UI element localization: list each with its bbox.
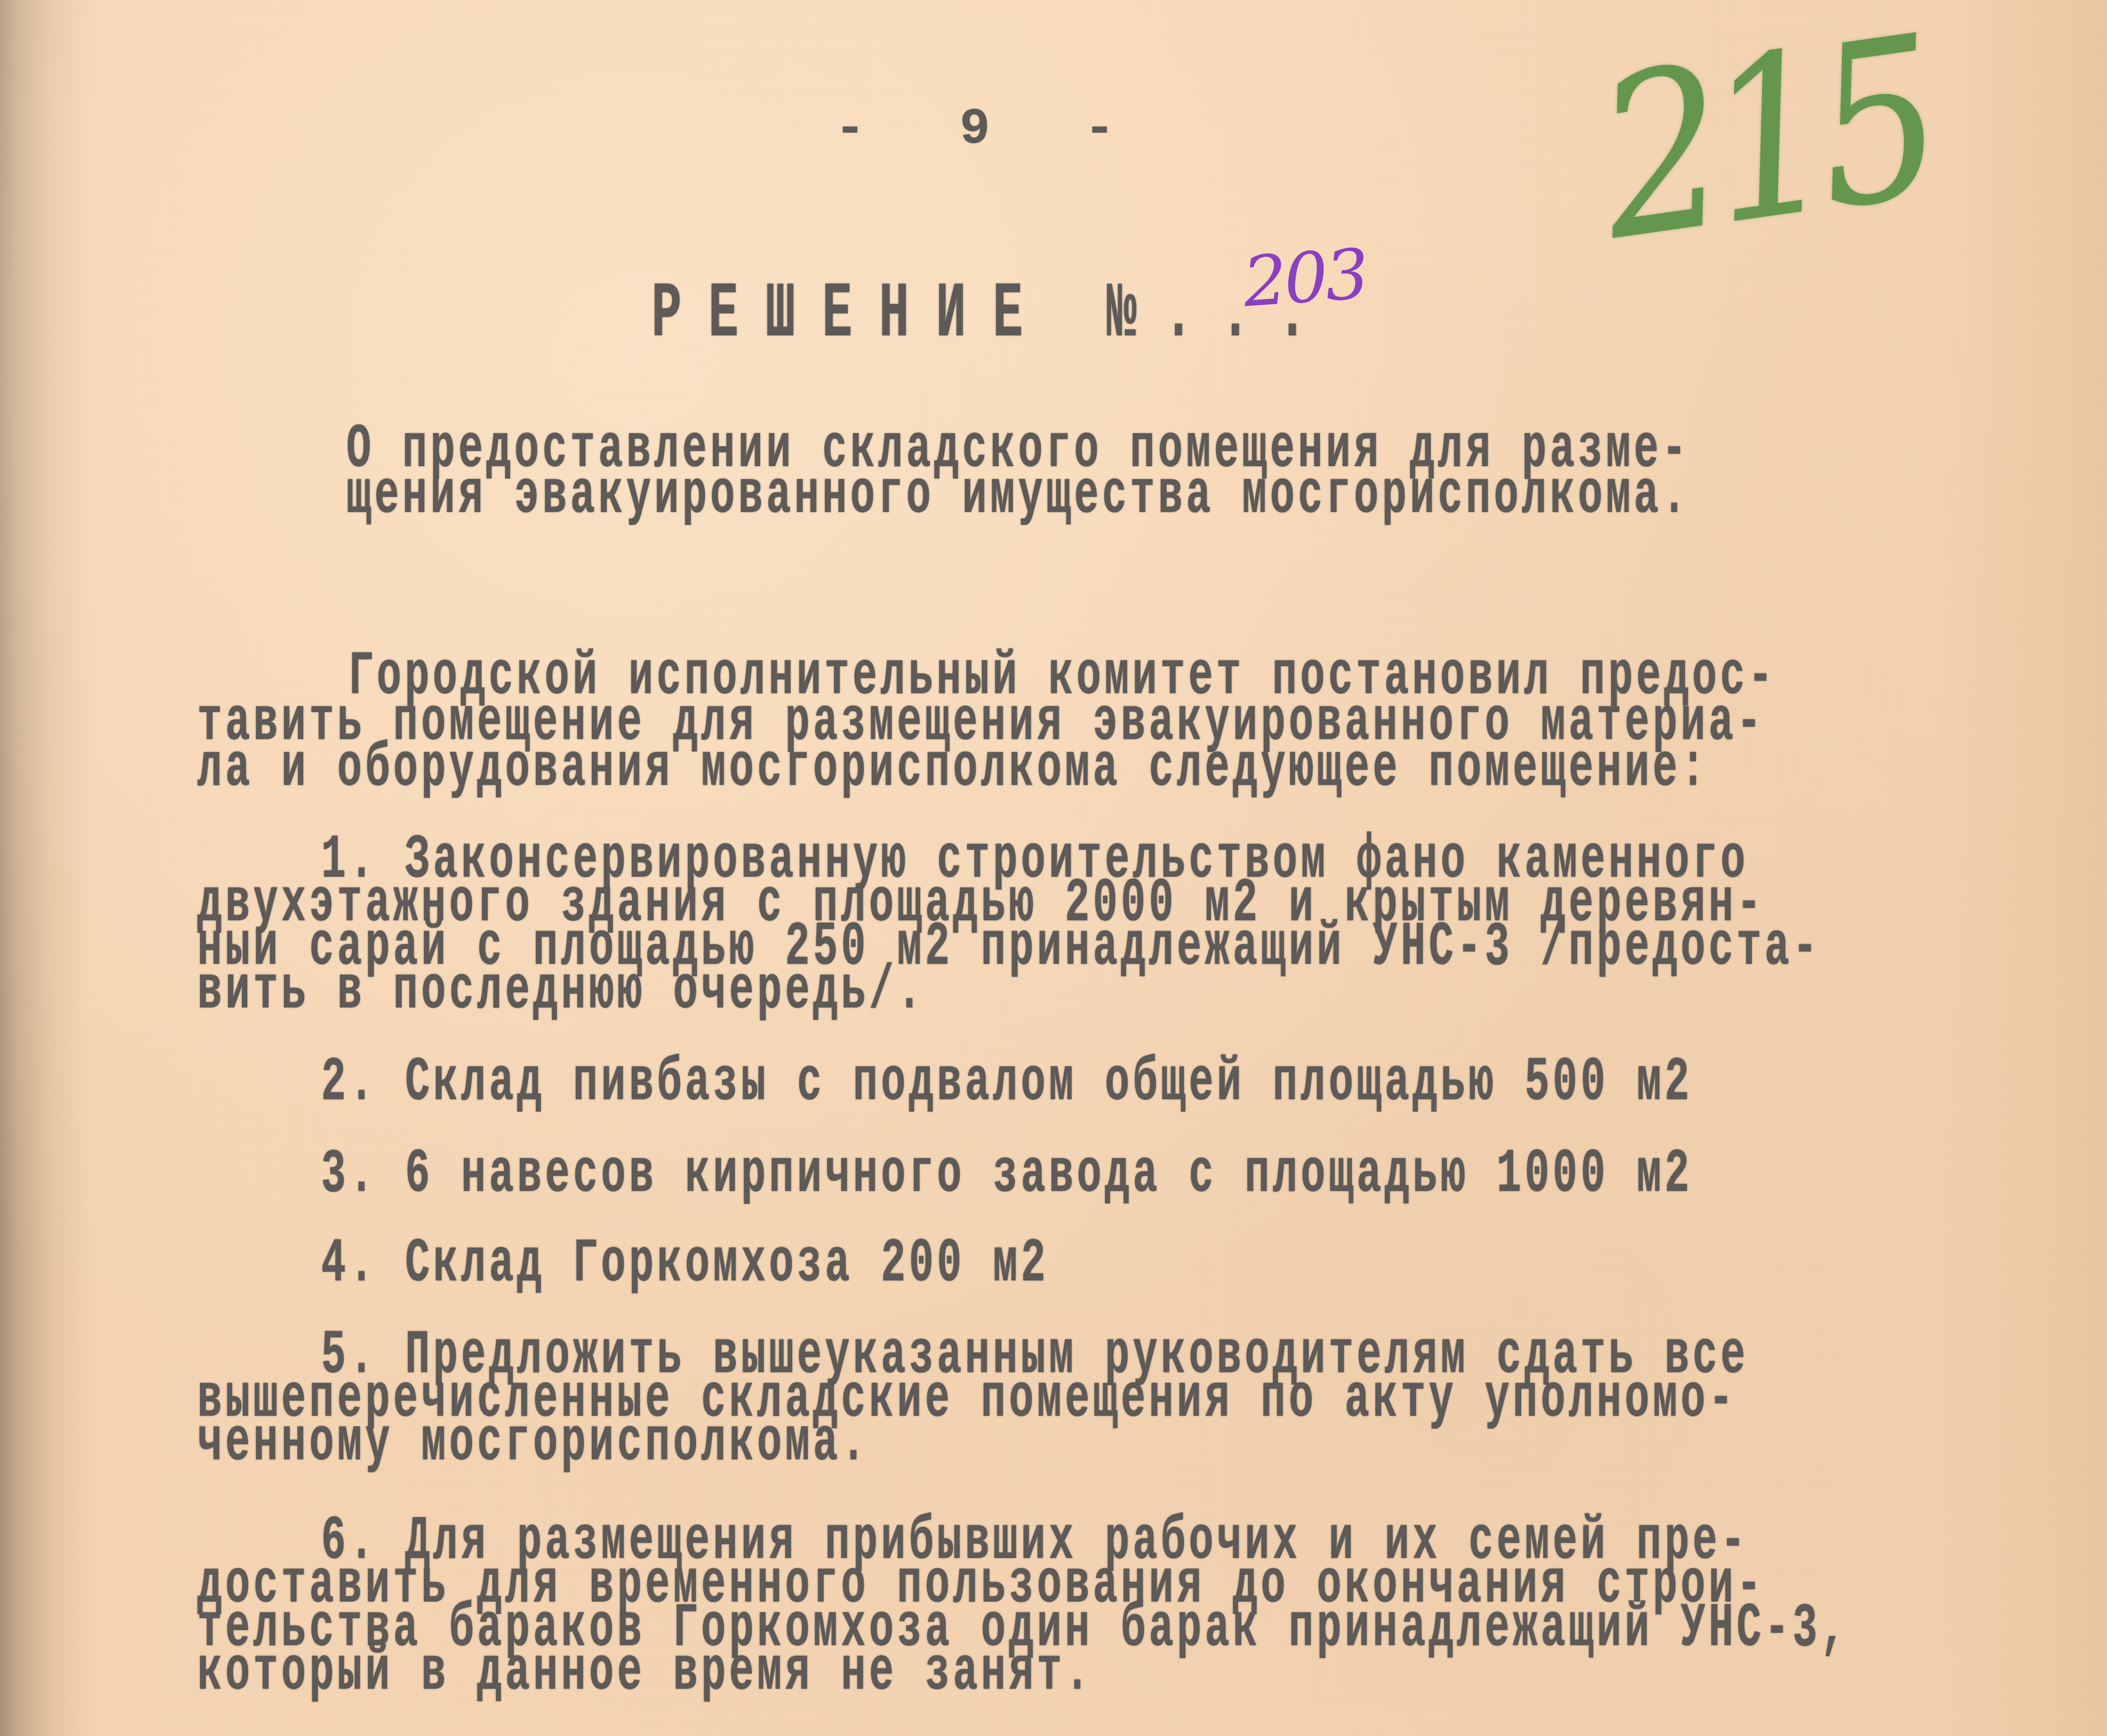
item-line: который в данное время не занят. bbox=[197, 1638, 1093, 1708]
document-title: РЕШЕНИЕ №... bbox=[651, 271, 1334, 360]
item-line: вить в последнюю очередь/. bbox=[197, 957, 925, 1027]
subject-line: щения эвакуированного имущества мосгорис… bbox=[346, 461, 1690, 531]
item-line: ченному мосгорисполкома. bbox=[197, 1408, 869, 1479]
decision-number-handwritten: 203 bbox=[1240, 234, 1369, 323]
item-line: 4. Склад Горкомхоза 200 м2 bbox=[321, 1230, 1049, 1300]
page-number: - 9 - bbox=[835, 101, 1147, 158]
item-line: 3. 6 навесов кирпичного завода с площадь… bbox=[321, 1140, 1692, 1210]
folio-number-handwritten: 215 bbox=[1584, 0, 1944, 290]
preamble-line: ла и оборудования мосгорисполкома следую… bbox=[197, 734, 1708, 804]
item-line: 2. Склад пивбазы с подвалом общей площад… bbox=[321, 1048, 1692, 1118]
